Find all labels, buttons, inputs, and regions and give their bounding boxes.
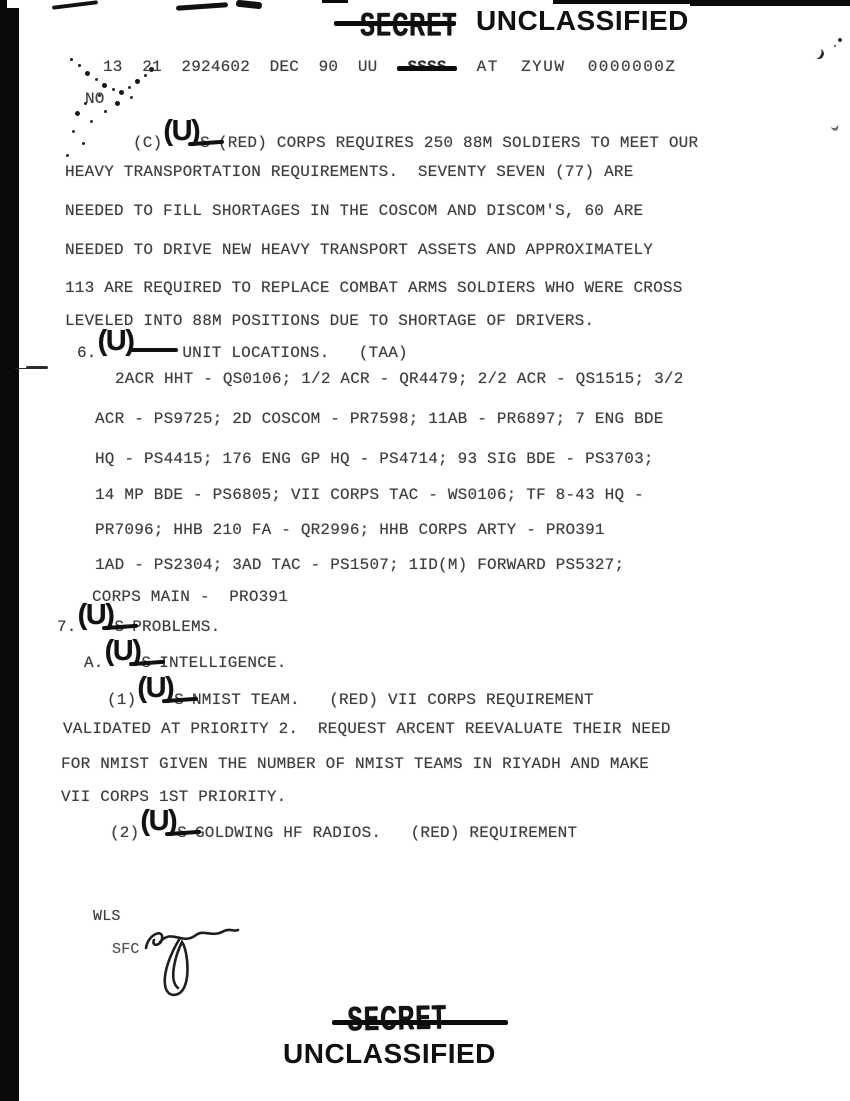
paragraph-7-heading: 7.(U)SPROBLEMS. bbox=[57, 608, 220, 637]
paragraph-5-line: NEEDED TO FILL SHORTAGES IN THE COSCOM A… bbox=[65, 202, 643, 220]
drafter-initials: WLS bbox=[93, 908, 121, 925]
handwritten-signature bbox=[138, 922, 258, 1007]
typed-classification-marking: (C) bbox=[133, 134, 162, 152]
struck-secret-marking: S bbox=[174, 691, 184, 709]
paragraph-6-heading: 6.(U)UNIT LOCATIONS. (TAA) bbox=[77, 334, 408, 363]
scan-top-edge-artifact bbox=[690, 3, 850, 6]
paragraph-5-line: HEAVY TRANSPORTATION REQUIREMENTS. SEVEN… bbox=[65, 163, 634, 181]
paragraph-letter: A. bbox=[84, 654, 104, 672]
paragraph-number: 6. bbox=[77, 344, 97, 362]
strikethrough-mark bbox=[130, 348, 178, 352]
struck-classification-code: SSSS bbox=[407, 58, 446, 76]
paragraph-5-line: 113 ARE REQUIRED TO REPLACE COMBAT ARMS … bbox=[65, 279, 683, 297]
margin-dash-mark bbox=[26, 366, 48, 369]
date-time-group: 13 21 2924602 DEC 90 UU bbox=[103, 58, 377, 76]
scan-smudge-mark bbox=[838, 38, 842, 42]
paragraph-number: (2) bbox=[110, 824, 139, 842]
routing-indicator: AT ZYUW 0000000Z bbox=[477, 58, 677, 76]
unit-location-line: ACR - PS9725; 2D COSCOM - PR7598; 11AB -… bbox=[95, 410, 664, 428]
section-title: INTELLIGENCE. bbox=[159, 654, 286, 672]
unit-location-line: PR7096; HHB 210 FA - QR2996; HHB CORPS A… bbox=[95, 521, 605, 539]
scanned-document-page: SECRET UNCLASSIFIED 13 21 2924602 DEC 90… bbox=[0, 0, 850, 1101]
secret-stamp-footer: SECRET bbox=[347, 1001, 447, 1037]
pen-scribble-mark bbox=[52, 0, 98, 10]
struck-secret-marking: S bbox=[114, 618, 124, 636]
paragraph-text: NMIST TEAM. (RED) VII CORPS REQUIREMENT bbox=[192, 691, 594, 709]
paragraph-number: 7. bbox=[57, 618, 77, 636]
paragraph-text: (RED) CORPS REQUIRES 250 88M SOLDIERS TO… bbox=[218, 134, 698, 152]
scan-speckle-noise bbox=[70, 58, 73, 61]
unclassified-stamp-footer: UNCLASSIFIED bbox=[283, 1040, 496, 1068]
unit-location-line: CORPS MAIN - PRO391 bbox=[92, 588, 288, 606]
signer-rank: SFC bbox=[112, 941, 140, 958]
scan-top-edge-artifact bbox=[322, 0, 348, 3]
paragraph-number: (1) bbox=[107, 691, 136, 709]
pen-scribble-mark bbox=[236, 0, 263, 9]
paragraph-5-opening: (C)(U)S(RED) CORPS REQUIRES 250 88M SOLD… bbox=[133, 124, 698, 153]
subparagraph-2-heading: (2)(U)SGOLDWING HF RADIOS. (RED) REQUIRE… bbox=[110, 814, 577, 843]
section-title: UNIT LOCATIONS. (TAA) bbox=[182, 344, 407, 362]
scan-smudge-mark bbox=[828, 117, 840, 132]
message-dateline: 13 21 2924602 DEC 90 UUSSSSAT ZYUW 00000… bbox=[103, 58, 677, 76]
unit-location-line: HQ - PS4415; 176 ENG GP HQ - PS4714; 93 … bbox=[95, 450, 654, 468]
secret-strikethrough-header bbox=[334, 21, 456, 26]
secret-strikethrough-footer bbox=[332, 1020, 508, 1025]
struck-secret-marking: S bbox=[141, 654, 151, 672]
paragraph-5-line: LEVELED INTO 88M POSITIONS DUE TO SHORTA… bbox=[65, 312, 594, 330]
subparagraph-1-line: VII CORPS 1ST PRIORITY. bbox=[61, 788, 286, 806]
scan-left-edge-artifact bbox=[0, 8, 19, 1101]
unit-location-line: 1AD - PS2304; 3AD TAC - PS1507; 1ID(M) F… bbox=[95, 556, 624, 574]
subparagraph-a-heading: A.(U)SINTELLIGENCE. bbox=[84, 644, 287, 673]
unclassified-stamp-header: UNCLASSIFIED bbox=[476, 7, 689, 35]
scan-smudge-mark bbox=[810, 46, 825, 61]
struck-secret-marking: S bbox=[177, 824, 187, 842]
unit-location-line: 2ACR HHT - QS0106; 1/2 ACR - QR4479; 2/2… bbox=[115, 370, 684, 388]
unit-location-line: 14 MP BDE - PS6805; VII CORPS TAC - WS01… bbox=[95, 486, 644, 504]
subparagraph-1-line: FOR NMIST GIVEN THE NUMBER OF NMIST TEAM… bbox=[61, 755, 649, 773]
subparagraph-1-heading: (1)(U)SNMIST TEAM. (RED) VII CORPS REQUI… bbox=[107, 681, 594, 710]
pen-scribble-mark bbox=[176, 2, 228, 11]
message-no-label: NO bbox=[85, 90, 105, 108]
u-reclassification-stamp: (U) bbox=[98, 327, 134, 356]
paragraph-5-line: NEEDED TO DRIVE NEW HEAVY TRANSPORT ASSE… bbox=[65, 241, 653, 259]
section-title: PROBLEMS. bbox=[132, 618, 220, 636]
scan-left-edge-artifact-top bbox=[0, 0, 7, 10]
struck-secret-marking: S bbox=[200, 134, 210, 152]
subparagraph-1-line: VALIDATED AT PRIORITY 2. REQUEST ARCENT … bbox=[63, 720, 671, 738]
paragraph-text: GOLDWING HF RADIOS. (RED) REQUIREMENT bbox=[195, 824, 577, 842]
